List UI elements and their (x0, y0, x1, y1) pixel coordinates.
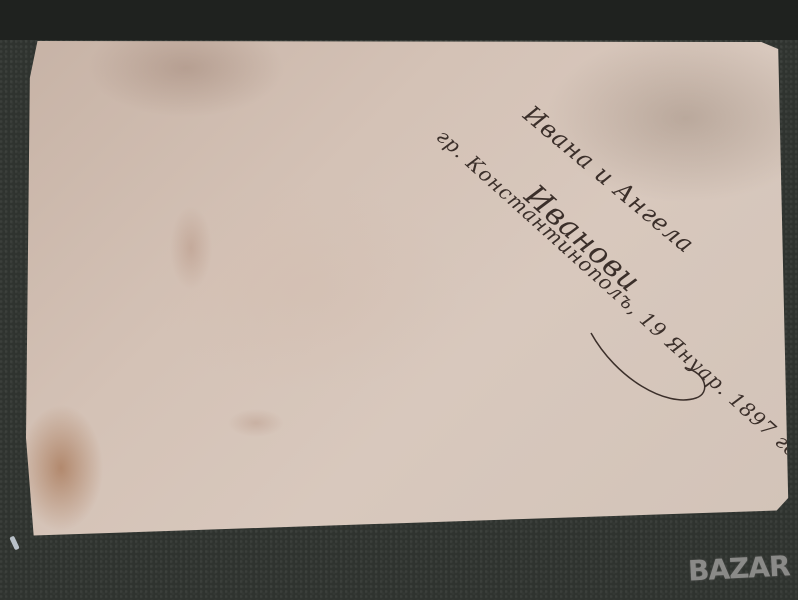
dark-background-top (0, 0, 798, 40)
antique-card: Ивана и Ангела Иванови гр. Константинопо… (26, 38, 792, 538)
signature-flourish-icon (586, 328, 716, 408)
bazar-watermark: BAZAR (687, 549, 790, 587)
metal-clip (9, 536, 19, 551)
